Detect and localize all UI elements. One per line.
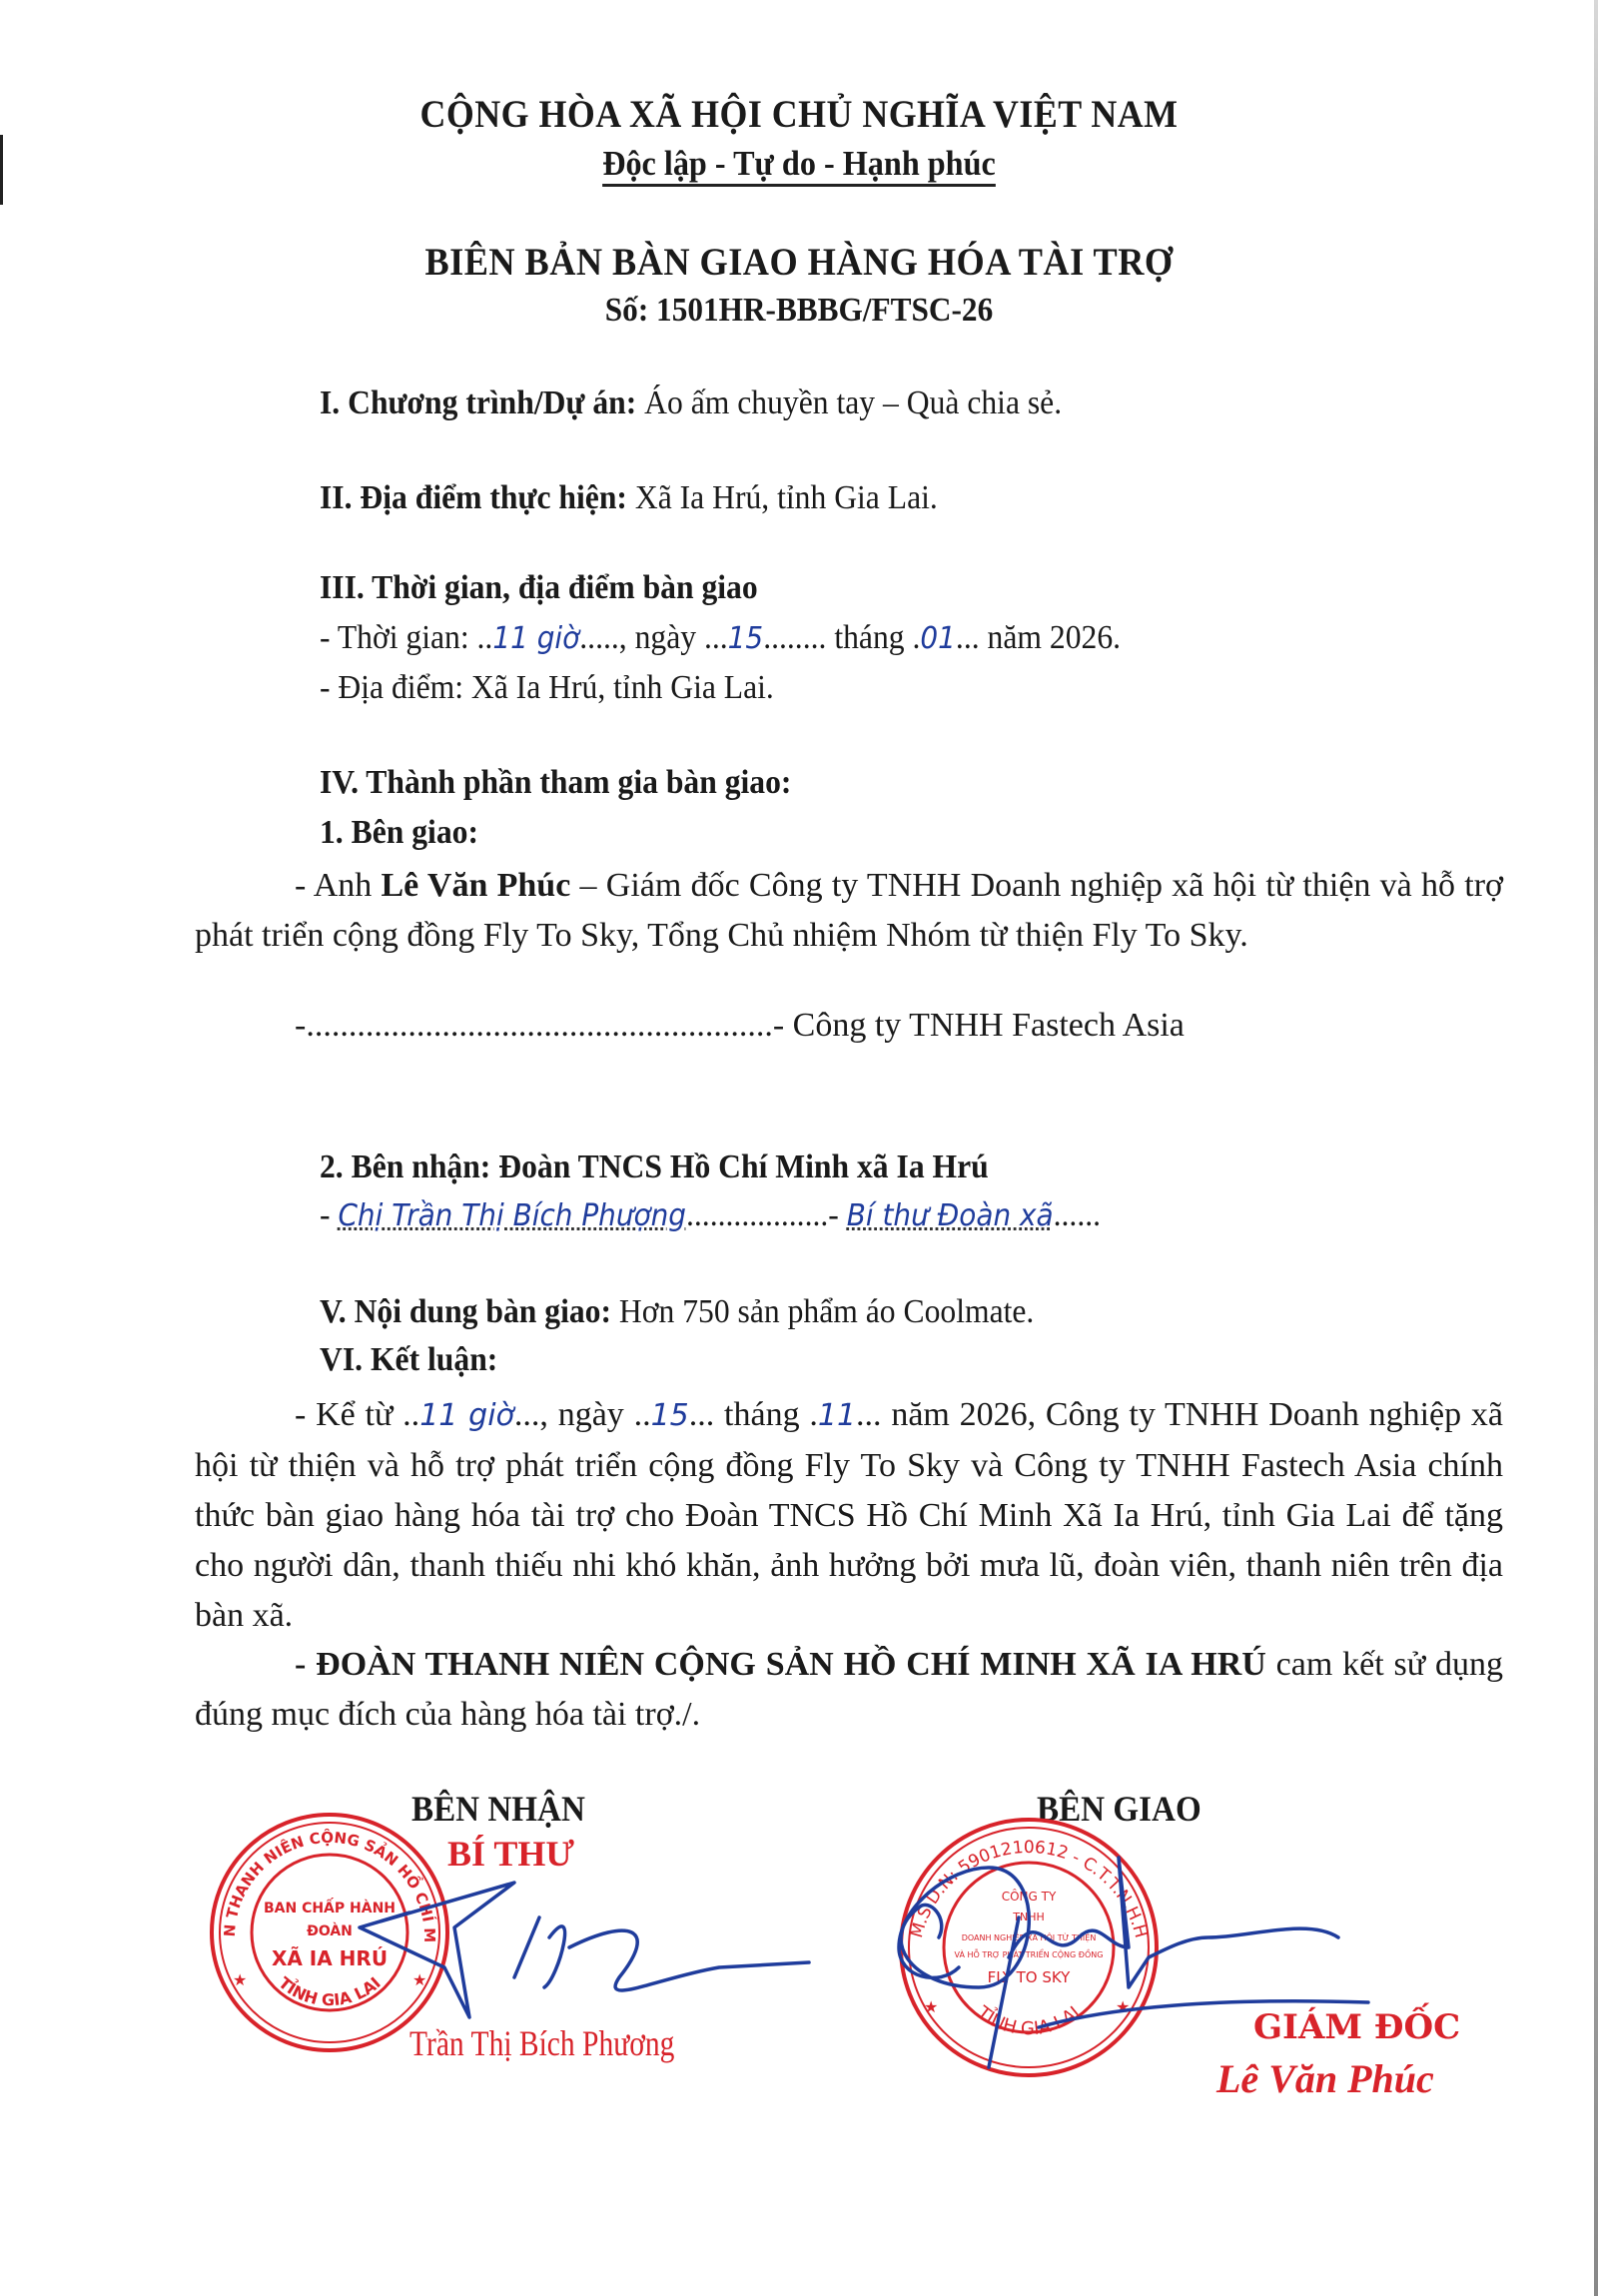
receiver-dots-2: ......	[1054, 1196, 1101, 1233]
giver2-org: - Công ty TNHH Fastech Asia	[773, 1007, 1185, 1044]
handwritten-receiver-title: Bí thư Đoàn xã	[847, 1198, 1054, 1233]
receiver-heading: 2. Bên nhận: Đoàn TNCS Hồ Chí Minh xã Ia…	[320, 1148, 989, 1186]
section-program-label: I. Chương trình/Dự án:	[320, 384, 636, 421]
p1-mid1: ..., ngày ..	[514, 1396, 651, 1433]
time-suffix: ... năm 2026.	[956, 619, 1121, 656]
handwritten-month-2: 11	[818, 1398, 856, 1433]
handover-place-line: - Địa điểm: Xã Ia Hrú, tỉnh Gia Lai.	[320, 669, 774, 707]
section-location-label: II. Địa điểm thực hiện:	[320, 479, 627, 516]
time-mid1: ....., ngày ...	[579, 619, 727, 656]
section-location: II. Địa điểm thực hiện: Xã Ia Hrú, tỉnh …	[320, 479, 938, 517]
handwritten-hour: 11 giờ	[492, 621, 579, 656]
giver-description: - Anh Lê Văn Phúc – Giám đốc Công ty TNH…	[195, 861, 1503, 961]
section-participants-heading: IV. Thành phần tham gia bàn giao:	[320, 764, 791, 802]
section-content-value: Hơn 750 sản phẩm áo Coolmate.	[611, 1293, 1034, 1330]
giver2-blank: -.......................................…	[295, 1007, 773, 1044]
section-location-value: Xã Ia Hrú, tỉnh Gia Lai.	[627, 479, 938, 516]
p1-prefix: - Kể từ ..	[295, 1396, 419, 1433]
national-motto: Độc lập - Tự do - Hạnh phúc	[64, 144, 1534, 184]
svg-text:★: ★	[233, 1972, 247, 1989]
time-prefix: - Thời gian: ..	[320, 619, 492, 656]
receiver-line: - Chị Trần Thị Bích Phượng..............…	[320, 1196, 1101, 1234]
receiver-signer-name: Trần Thị Bích Phương	[409, 2022, 674, 2064]
time-mid2: ........ tháng .	[763, 619, 920, 656]
conclusion-paragraph-2: - ĐOÀN THANH NIÊN CỘNG SẢN HỒ CHÍ MINH X…	[195, 1640, 1503, 1740]
p1-mid2: ... tháng .	[689, 1396, 818, 1433]
section-content-label: V. Nội dung bàn giao:	[320, 1293, 611, 1330]
section-program: I. Chương trình/Dự án: Áo ấm chuyền tay …	[320, 384, 1062, 422]
motto-text: Độc lập - Tự do - Hạnh phúc	[602, 144, 996, 187]
handover-time-line: - Thời gian: ..11 giờ....., ngày ...15..…	[320, 619, 1121, 657]
scan-edge	[1594, 0, 1598, 2296]
section-time-heading: III. Thời gian, địa điểm bàn giao	[320, 569, 758, 607]
section-conclusion-heading: VI. Kết luận:	[320, 1341, 497, 1379]
giver-prefix: - Anh	[295, 867, 382, 904]
document-title: BIÊN BẢN BÀN GIAO HÀNG HÓA TÀI TRỢ	[56, 240, 1542, 285]
handwritten-receiver-name: Chị Trần Thị Bích Phượng	[338, 1198, 686, 1233]
giver-name: Lê Văn Phúc	[382, 867, 571, 904]
handwritten-month: 01	[920, 621, 956, 656]
giver-signer-name: Lê Văn Phúc	[1216, 2055, 1434, 2102]
section-content: V. Nội dung bàn giao: Hơn 750 sản phẩm á…	[320, 1293, 1034, 1331]
national-title: CỘNG HÒA XÃ HỘI CHỦ NGHĨA VIỆT NAM	[64, 92, 1534, 137]
p2-bold: - ĐOÀN THANH NIÊN CỘNG SẢN HỒ CHÍ MINH X…	[295, 1646, 1266, 1683]
giver-sign-title: GIÁM ĐỐC	[1253, 2007, 1460, 2047]
scan-mark	[0, 135, 3, 205]
handwritten-day-2: 15	[651, 1398, 689, 1433]
conclusion-paragraph-1: - Kể từ ..11 giờ..., ngày ..15... tháng …	[195, 1390, 1503, 1641]
giver-heading: 1. Bên giao:	[320, 814, 478, 852]
receiver-dots: ..................	[686, 1196, 828, 1233]
handwritten-day: 15	[728, 621, 764, 656]
section-program-value: Áo ấm chuyền tay – Quà chia sẻ.	[636, 384, 1062, 421]
document-number: Số: 1501HR-BBBG/FTSC-26	[64, 292, 1534, 330]
giver2-line: -.......................................…	[195, 1001, 1503, 1051]
receiver-signature	[300, 1868, 819, 2037]
handwritten-hour-2: 11 giờ	[419, 1398, 514, 1433]
